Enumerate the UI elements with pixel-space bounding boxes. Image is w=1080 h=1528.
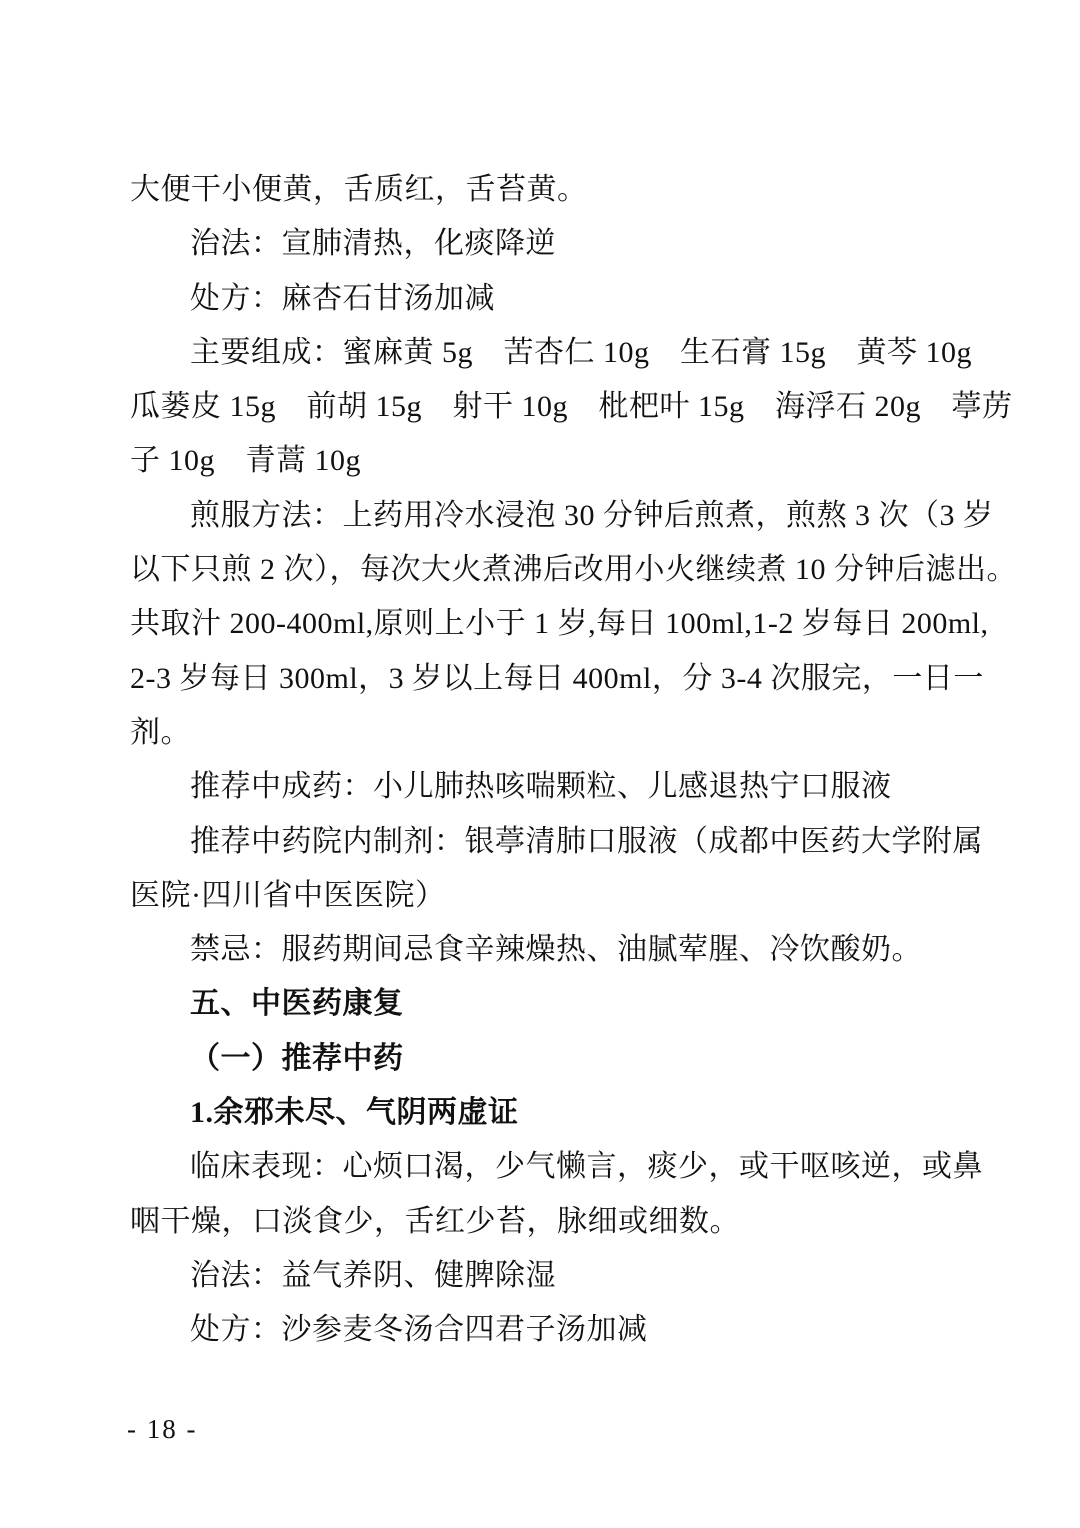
text-line: 2-3 岁每日 300ml，3 岁以上每日 400ml，分 3-4 次服完，一日… xyxy=(130,652,955,706)
text-line: 禁忌：服药期间忌食辛辣燥热、油腻荤腥、冷饮酸奶。 xyxy=(130,923,955,977)
text-line: 处方：麻杏石甘汤加减 xyxy=(130,272,955,326)
text-line: 剂。 xyxy=(130,706,955,760)
text-line: 处方：沙参麦冬汤合四君子汤加减 xyxy=(130,1303,955,1357)
heading-line: 五、中医药康复 xyxy=(130,977,955,1031)
page-number: - 18 - xyxy=(127,1414,197,1445)
document-body: 大便干小便黄，舌质红，舌苔黄。治法：宣肺清热，化痰降逆处方：麻杏石甘汤加减主要组… xyxy=(130,163,955,1358)
text-line: 治法：宣肺清热，化痰降逆 xyxy=(130,217,955,271)
text-line: 临床表现：心烦口渴，少气懒言，痰少，或干呕咳逆，或鼻 xyxy=(130,1140,955,1194)
text-line: 推荐中成药：小儿肺热咳喘颗粒、儿感退热宁口服液 xyxy=(130,760,955,814)
text-line: 主要组成：蜜麻黄 5g 苦杏仁 10g 生石膏 15g 黄芩 10g xyxy=(130,326,955,380)
text-line: 治法：益气养阴、健脾除湿 xyxy=(130,1249,955,1303)
text-line: 以下只煎 2 次），每次大火煮沸后改用小火继续煮 10 分钟后滤出。 xyxy=(130,543,955,597)
text-line: 咽干燥，口淡食少，舌红少苔，脉细或细数。 xyxy=(130,1195,955,1249)
heading-line: （一）推荐中药 xyxy=(130,1032,955,1086)
text-line: 共取汁 200-400ml,原则上小于 1 岁,每日 100ml,1-2 岁每日… xyxy=(130,597,955,651)
text-line: 子 10g 青蒿 10g xyxy=(130,434,955,488)
text-line: 煎服方法：上药用冷水浸泡 30 分钟后煎煮，煎熬 3 次（3 岁 xyxy=(130,489,955,543)
text-line: 大便干小便黄，舌质红，舌苔黄。 xyxy=(130,163,955,217)
document-page: 大便干小便黄，舌质红，舌苔黄。治法：宣肺清热，化痰降逆处方：麻杏石甘汤加减主要组… xyxy=(0,0,1080,1528)
text-line: 推荐中药院内制剂：银葶清肺口服液（成都中医药大学附属 xyxy=(130,815,955,869)
heading-line: 1.余邪未尽、气阴两虚证 xyxy=(130,1086,955,1140)
text-line: 瓜蒌皮 15g 前胡 15g 射干 10g 枇杷叶 15g 海浮石 20g 葶苈 xyxy=(130,380,955,434)
text-line: 医院·四川省中医医院） xyxy=(130,869,955,923)
